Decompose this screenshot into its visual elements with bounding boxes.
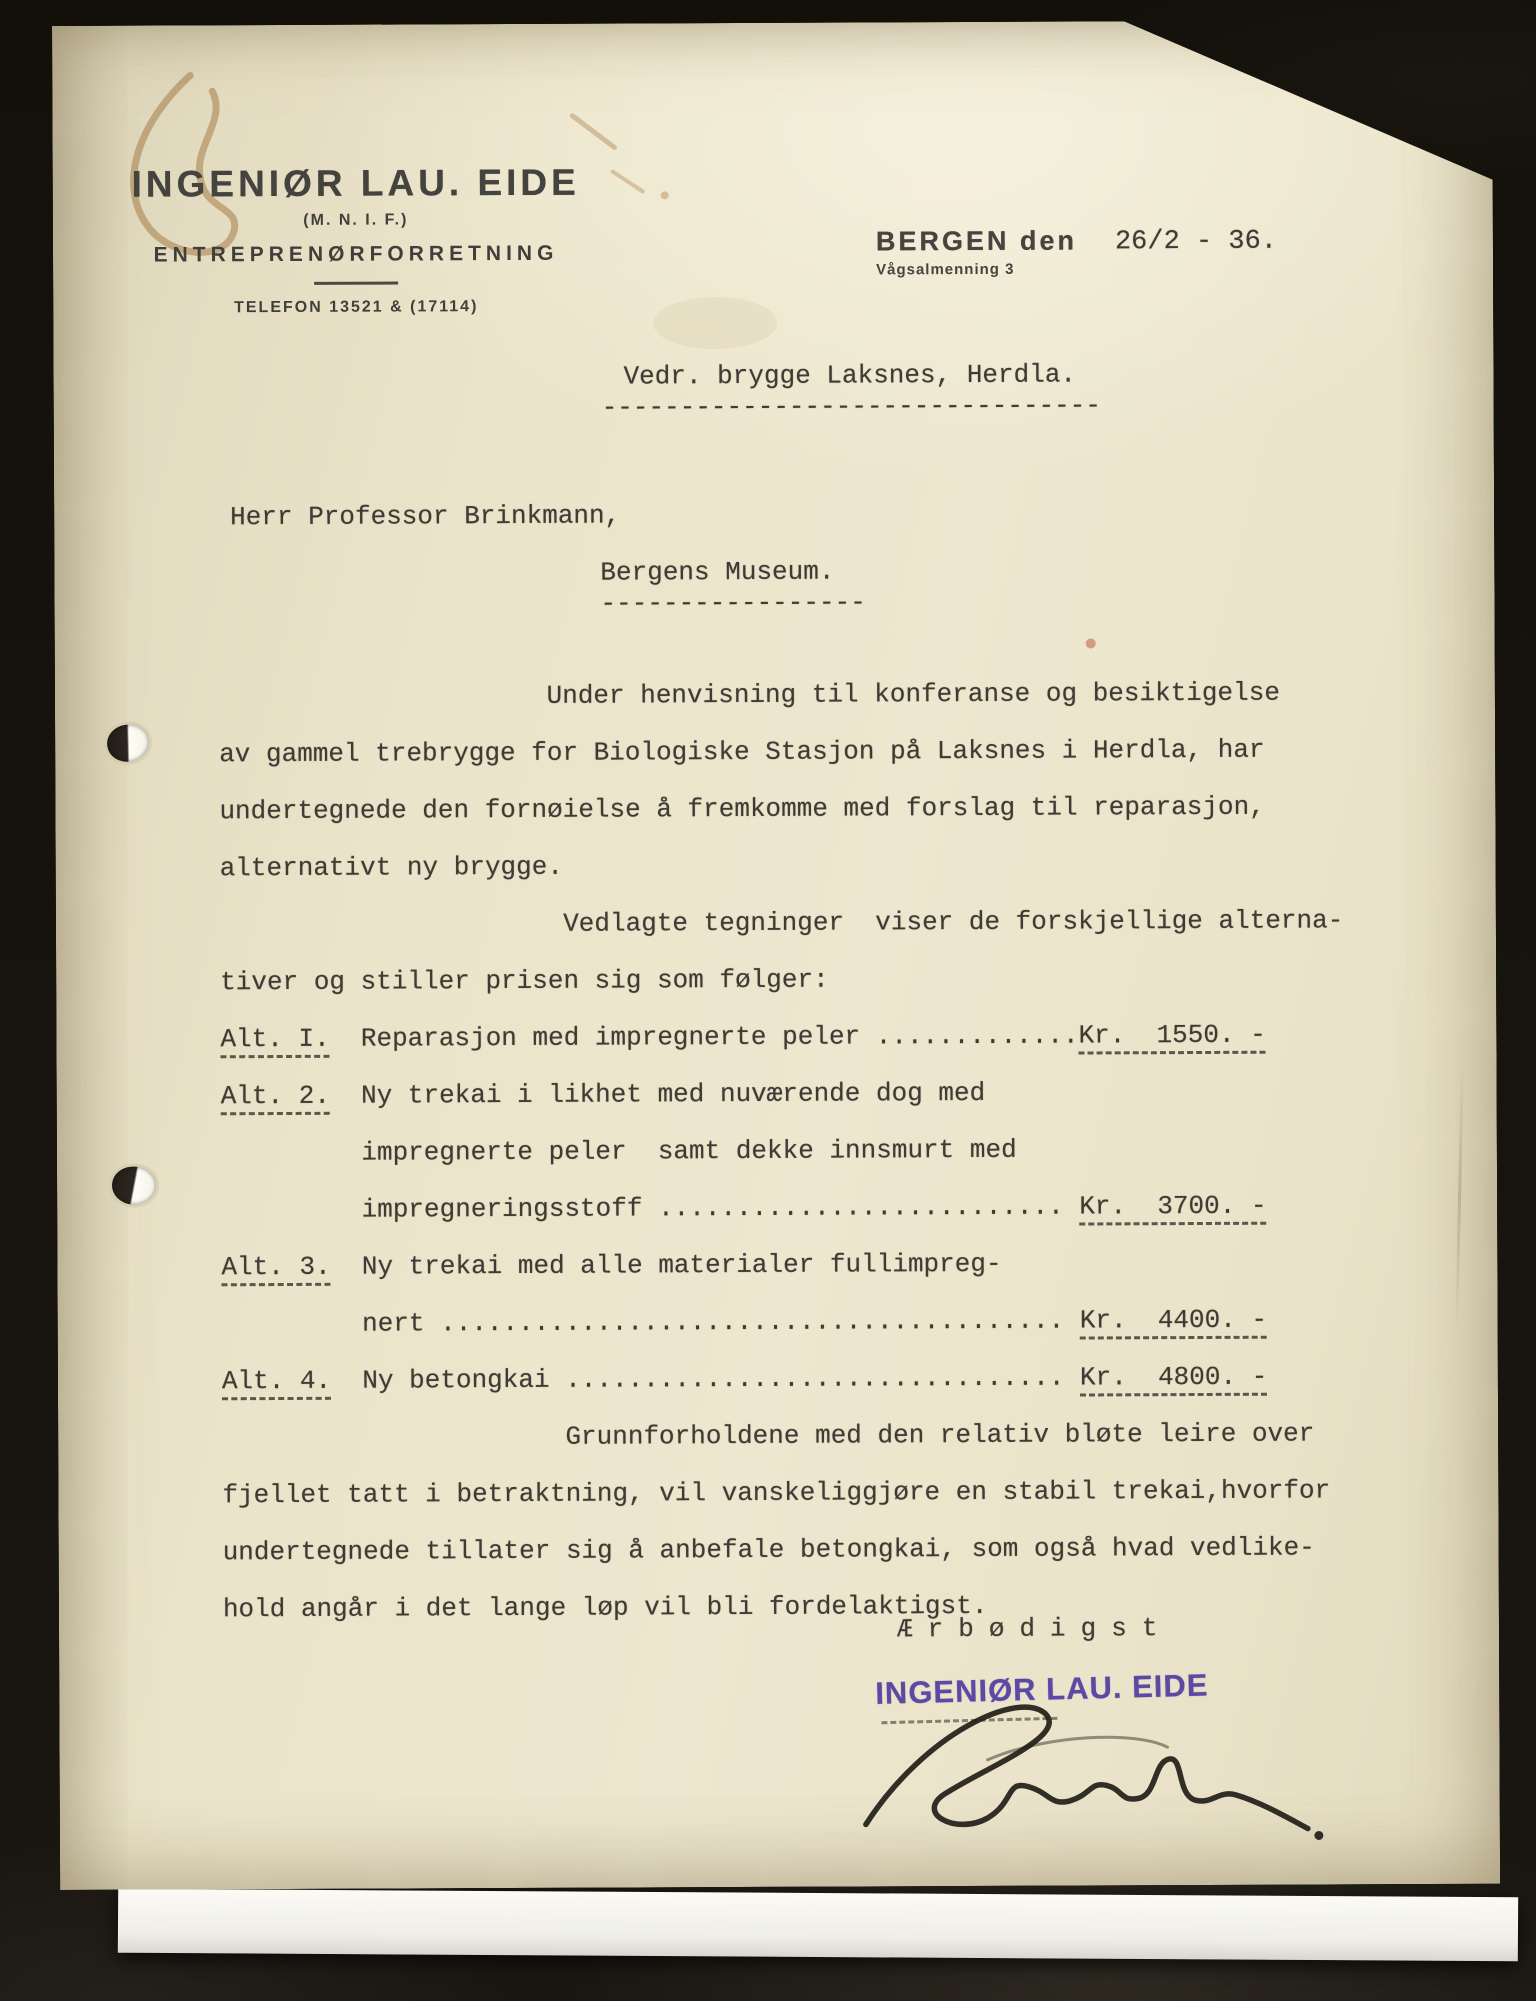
alt-description: Reparasjon med impregnerte peler .......… <box>361 1008 1079 1068</box>
alt-price: Kr. 4400. - <box>1080 1305 1267 1340</box>
alt-label: Alt. 2. <box>221 1081 330 1115</box>
alt-label: Alt. 4. <box>222 1366 331 1400</box>
price-list-row: Alt. 2.Ny trekai i likhet med nuværende … <box>221 1063 1345 1125</box>
letterhead-business-type: ENTREPRENØRFORRETNING <box>131 242 581 268</box>
under-sheet <box>118 1889 1518 1962</box>
photo-backdrop: INGENIØR LAU. EIDE (M. N. I. F.) ENTREPR… <box>0 0 1536 2001</box>
body-line: fjellet tatt i betraktning, vil vanskeli… <box>222 1462 1346 1524</box>
alt-label: Alt. 3. <box>221 1252 330 1286</box>
body-line: undertegnede tillater sig å anbefale bet… <box>223 1519 1347 1581</box>
letterhead-company-name: INGENIØR LAU. EIDE <box>131 162 581 206</box>
recipient-institution: Bergens Museum. <box>600 556 865 588</box>
body-line: undertegnede den fornøielse å fremkomme … <box>219 778 1343 840</box>
alt-description: Ny betongkai ...........................… <box>362 1350 1080 1410</box>
body-line: Under henvisning til konferanse og besik… <box>219 664 1343 726</box>
letterhead-telephone: TELEFON 13521 & (17114) <box>131 298 581 318</box>
alt-description: nert ...................................… <box>362 1293 1080 1353</box>
letter-body: Under henvisning til konferanse og besik… <box>219 664 1347 1638</box>
alt-description: Ny trekai i likhet med nuværende dog med <box>361 1065 1079 1125</box>
letterhead-street-address: Vågsalmenning 3 <box>876 261 1077 279</box>
body-line: alternativt ny brygge. <box>220 835 1344 897</box>
body-line: av gammel trebrygge for Biologiske Stasj… <box>219 721 1343 783</box>
body-line: tiver og stiller prisen sig som følger: <box>220 949 1344 1011</box>
alt-label: Alt. I. <box>220 1024 329 1058</box>
subject-underline: -------------------------------- <box>602 390 1101 423</box>
recipient-name: Herr Professor Brinkmann, <box>230 501 620 533</box>
valediction: Ærbødigst <box>897 1613 1173 1644</box>
subject-block: Vedr. brygge Laksnes, Herdla. ----------… <box>601 359 1101 423</box>
signature <box>837 1672 1358 1864</box>
punch-hole-bottom <box>111 1165 157 1206</box>
price-list-row: Alt. 4.Ny betongkai ....................… <box>222 1348 1346 1410</box>
recipient-institution-block: Bergens Museum. ----------------- <box>600 556 866 619</box>
body-line: hold angår i det lange løp vil bli forde… <box>223 1576 1347 1638</box>
letterhead-place-block: BERGEN den Vågsalmenning 3 <box>876 226 1077 279</box>
letterhead-place-line: BERGEN den <box>876 226 1077 258</box>
price-list-row: nert ...................................… <box>222 1291 1346 1353</box>
paper-crease <box>1455 1060 1464 1330</box>
letterhead-membership: (M. N. I. F.) <box>131 211 581 231</box>
price-list-row: Alt. I.Reparasjon med impregnerte peler … <box>220 1006 1344 1068</box>
alt-price: Kr. 3700. - <box>1079 1191 1266 1226</box>
alt-description: impregneringsstoff .....................… <box>361 1179 1079 1239</box>
typed-date: 26/2 - 36. <box>1115 227 1277 258</box>
subject-line: Vedr. brygge Laksnes, Herdla. <box>601 359 1100 392</box>
body-line: Vedlagte tegninger viser de forskjellige… <box>220 892 1344 954</box>
letterhead: INGENIØR LAU. EIDE (M. N. I. F.) ENTREPR… <box>131 162 582 318</box>
letter-page: INGENIØR LAU. EIDE (M. N. I. F.) ENTREPR… <box>52 20 1500 1890</box>
alt-price: Kr. 4800. - <box>1080 1362 1267 1397</box>
price-list-row: impregneringsstoff .....................… <box>221 1177 1345 1239</box>
punch-hole-top <box>105 722 152 765</box>
letterhead-divider <box>314 281 398 284</box>
alt-description: impregnerte peler samt dekke innsmurt me… <box>361 1122 1079 1182</box>
price-list-row: impregnerte peler samt dekke innsmurt me… <box>221 1120 1345 1182</box>
alt-description: Ny trekai med alle materialer fullimpreg… <box>362 1236 1080 1296</box>
recipient-underline: ----------------- <box>600 587 865 619</box>
alt-price: Kr. 1550. - <box>1078 1020 1265 1055</box>
price-list-row: Alt. 3.Ny trekai med alle materialer ful… <box>221 1234 1345 1296</box>
body-line: Grunnforholdene med den relativ bløte le… <box>222 1405 1346 1467</box>
